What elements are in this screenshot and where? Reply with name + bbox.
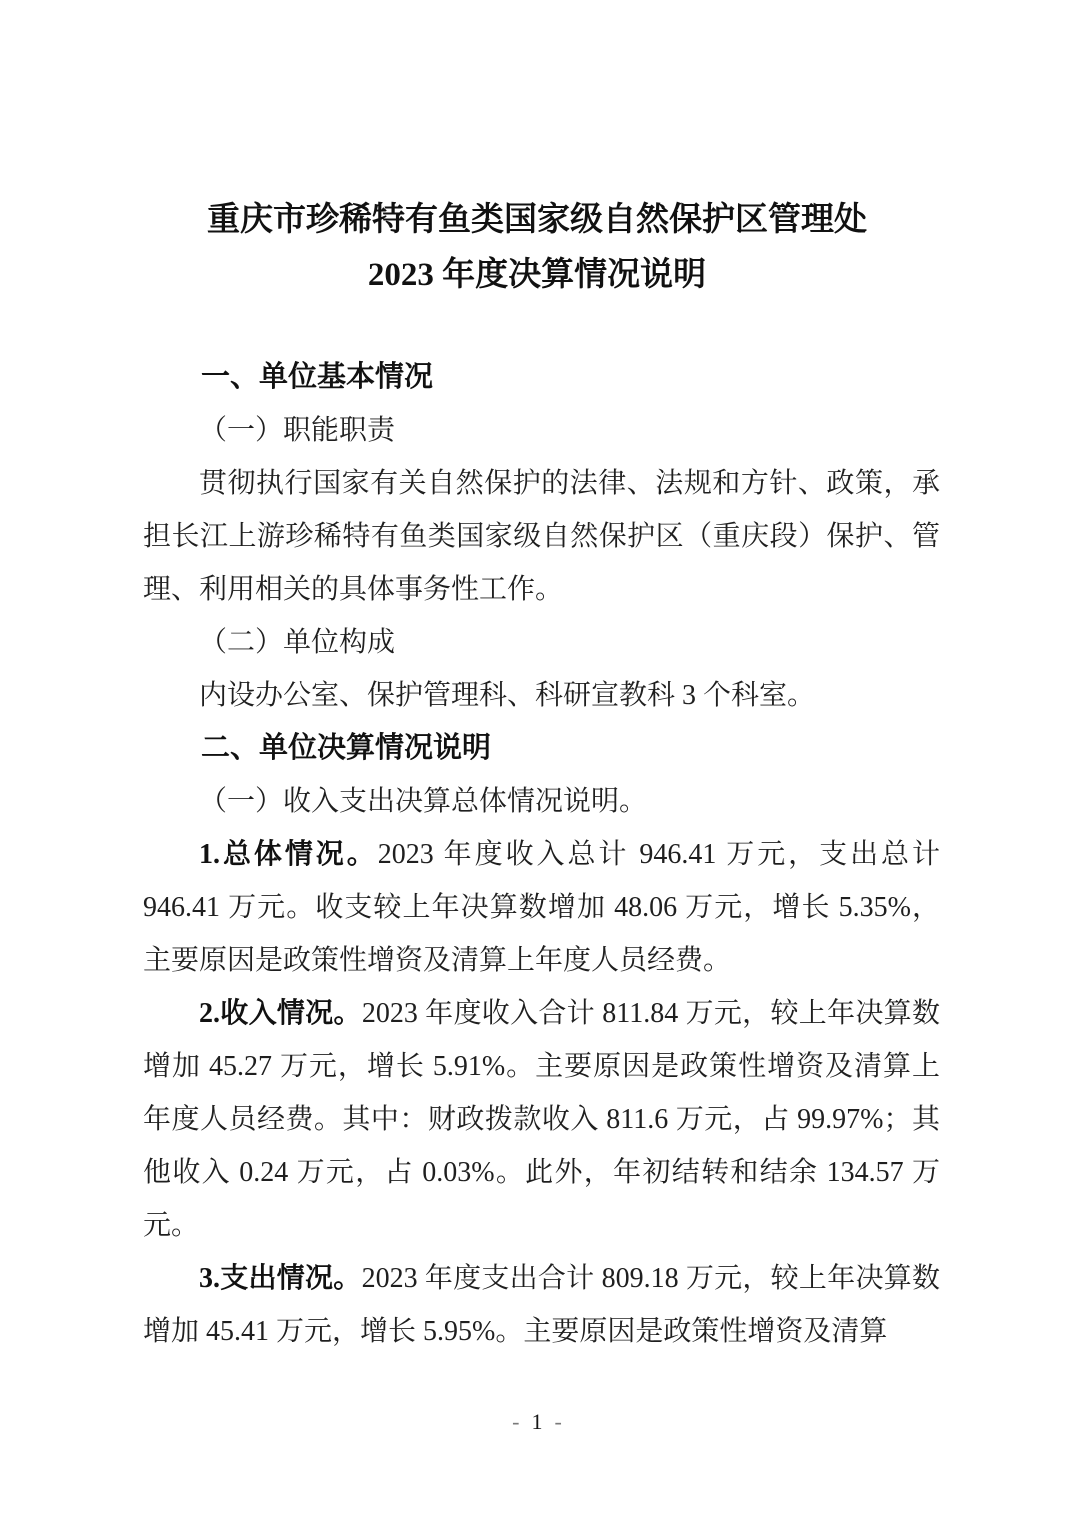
page-footer: -1-: [0, 1409, 1074, 1435]
heading-unit-basic-info: 一、单位基本情况: [143, 351, 940, 404]
title-line-2: 2023 年度决算情况说明: [0, 248, 1074, 303]
heading-final-accounts: 二、单位决算情况说明: [143, 722, 940, 775]
subheading-duties: （一）职能职责: [143, 404, 940, 457]
paragraph-income-label: 2.收入情况。: [199, 998, 362, 1029]
paragraph-overall-label: 1.总体情况。: [199, 839, 378, 870]
document-body: 一、单位基本情况 （一）职能职责 贯彻执行国家有关自然保护的法律、法规和方针、政…: [143, 351, 940, 1358]
paragraph-expenditure-situation: 3.支出情况。2023 年度支出合计 809.18 万元，较上年决算数增加 45…: [143, 1252, 940, 1358]
document-page: 重庆市珍稀特有鱼类国家级自然保护区管理处 2023 年度决算情况说明 一、单位基…: [0, 0, 1074, 1520]
paragraph-duties: 贯彻执行国家有关自然保护的法律、法规和方针、政策，承担长江上游珍稀特有鱼类国家级…: [143, 457, 940, 616]
subheading-income-expenditure-overview: （一）收入支出决算总体情况说明。: [143, 775, 940, 828]
paragraph-income-situation: 2.收入情况。2023 年度收入合计 811.84 万元，较上年决算数增加 45…: [143, 987, 940, 1252]
document-title: 重庆市珍稀特有鱼类国家级自然保护区管理处 2023 年度决算情况说明: [0, 0, 1074, 303]
footer-dash-left: -: [512, 1409, 519, 1434]
subheading-composition: （二）单位构成: [143, 616, 940, 669]
paragraph-overall-situation: 1.总体情况。2023 年度收入总计 946.41 万元，支出总计 946.41…: [143, 828, 940, 987]
paragraph-income-text: 2023 年度收入合计 811.84 万元，较上年决算数增加 45.27 万元，…: [143, 998, 940, 1241]
paragraph-composition: 内设办公室、保护管理科、科研宣教科 3 个科室。: [143, 669, 940, 722]
paragraph-expenditure-label: 3.支出情况。: [199, 1263, 362, 1294]
title-line-1: 重庆市珍稀特有鱼类国家级自然保护区管理处: [0, 193, 1074, 248]
footer-dash-right: -: [555, 1409, 562, 1434]
page-number: 1: [520, 1409, 555, 1434]
